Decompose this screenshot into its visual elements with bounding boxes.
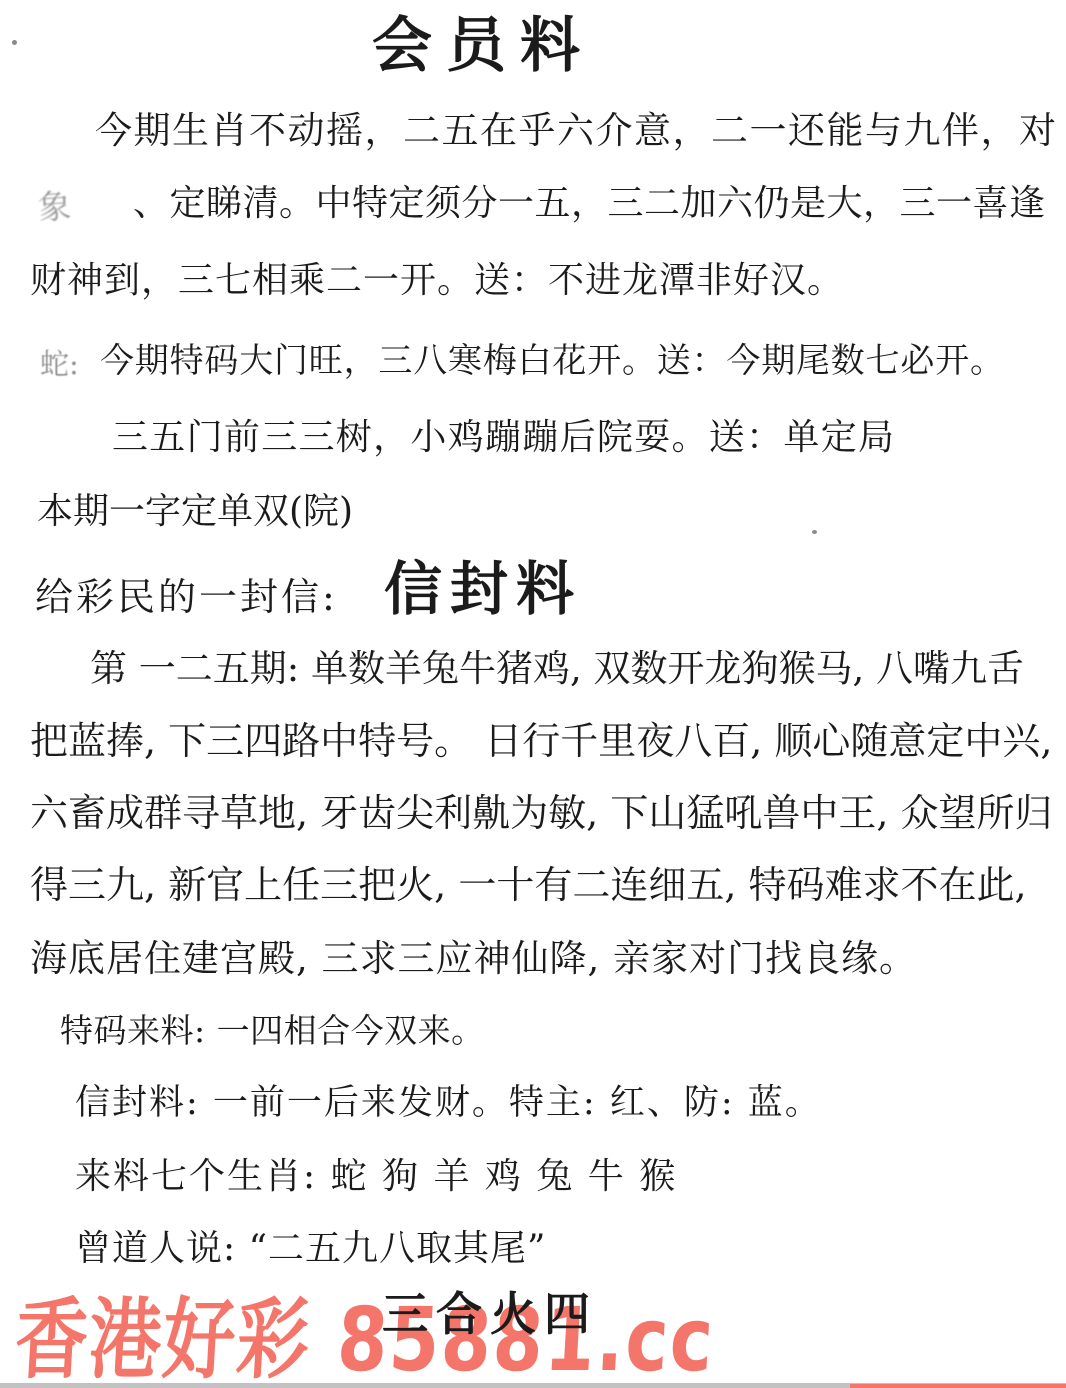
letter-paragraph-line-3: 六畜成群寻草地, 牙齿尖利鼽为敏, 下山猛吼兽中王, 众望所归 bbox=[30, 794, 1052, 832]
site-watermark: 香港好彩 85881.cc bbox=[13, 1296, 717, 1384]
tema-tip-line: 特码来料: 一四相合今双来。 bbox=[60, 1014, 485, 1047]
member-verse-line-2-faded-char: 象 bbox=[37, 189, 72, 224]
scan-bottom-edge-red bbox=[850, 1384, 1066, 1388]
member-verse-line-2: 、定睇清。中特定须分一五，三二加六仍是大，三一喜逢 bbox=[133, 186, 1046, 222]
scanned-tip-sheet-page: 会员料 今期生肖不动摇，二五在乎六介意，二一还能与九伴，对 象 、定睇清。中特定… bbox=[0, 0, 1066, 1388]
member-verse-line-3: 财神到，三七相乘二一开。送：不进龙潭非好汉。 bbox=[30, 263, 844, 299]
zengdaoren-quote-line: 曾道人说: “二五九八取其尾” bbox=[75, 1231, 546, 1267]
scan-speck bbox=[12, 40, 17, 45]
member-verse-line-1: 今期生肖不动摇，二五在乎六介意，二一还能与九伴，对 bbox=[95, 112, 1058, 149]
envelope-tip-line: 信封料: 一前一后来发财。特主: 红、防: 蓝。 bbox=[75, 1086, 822, 1121]
member-verse-line-4-faded-prefix: 蛇: bbox=[40, 350, 79, 379]
member-verse-line-4: 今期特码大门旺，三八寒梅白花开。送：今期尾数七必开。 bbox=[100, 344, 1005, 378]
letter-paragraph-line-4: 得三九, 新官上任三把火, 一十有二连细五, 特码难求不在此, bbox=[30, 866, 1027, 904]
scan-speck bbox=[812, 530, 817, 534]
letter-paragraph-line-5: 海底居住建宫殿, 三求三应神仙降, 亲家对门找良缘。 bbox=[30, 940, 917, 977]
letter-paragraph-line-1: 第 一二五期: 单数羊兔牛猪鸡, 双数开龙狗猴马, 八嘴九舌 bbox=[90, 650, 1024, 687]
member-section-title: 会员料 bbox=[372, 16, 594, 76]
bottom-cutoff-caption: 三合火四 bbox=[382, 1291, 598, 1337]
member-verse-line-5: 三五门前三三树，小鸡蹦蹦后院耍。送：单定局 bbox=[112, 420, 895, 456]
zodiac-tip-line: 来料七个生肖: 蛇 狗 羊 鸡 兔 牛 猴 bbox=[75, 1159, 677, 1195]
letter-intro-label: 给彩民的一封信: bbox=[35, 578, 338, 616]
single-double-note-line: 本期一字定单双(院) bbox=[37, 494, 353, 530]
envelope-section-title: 信封料 bbox=[384, 560, 582, 618]
letter-paragraph-line-2: 把蓝捧, 下三四路中特号。 日行千里夜八百, 顺心随意定中兴, bbox=[30, 722, 1052, 760]
